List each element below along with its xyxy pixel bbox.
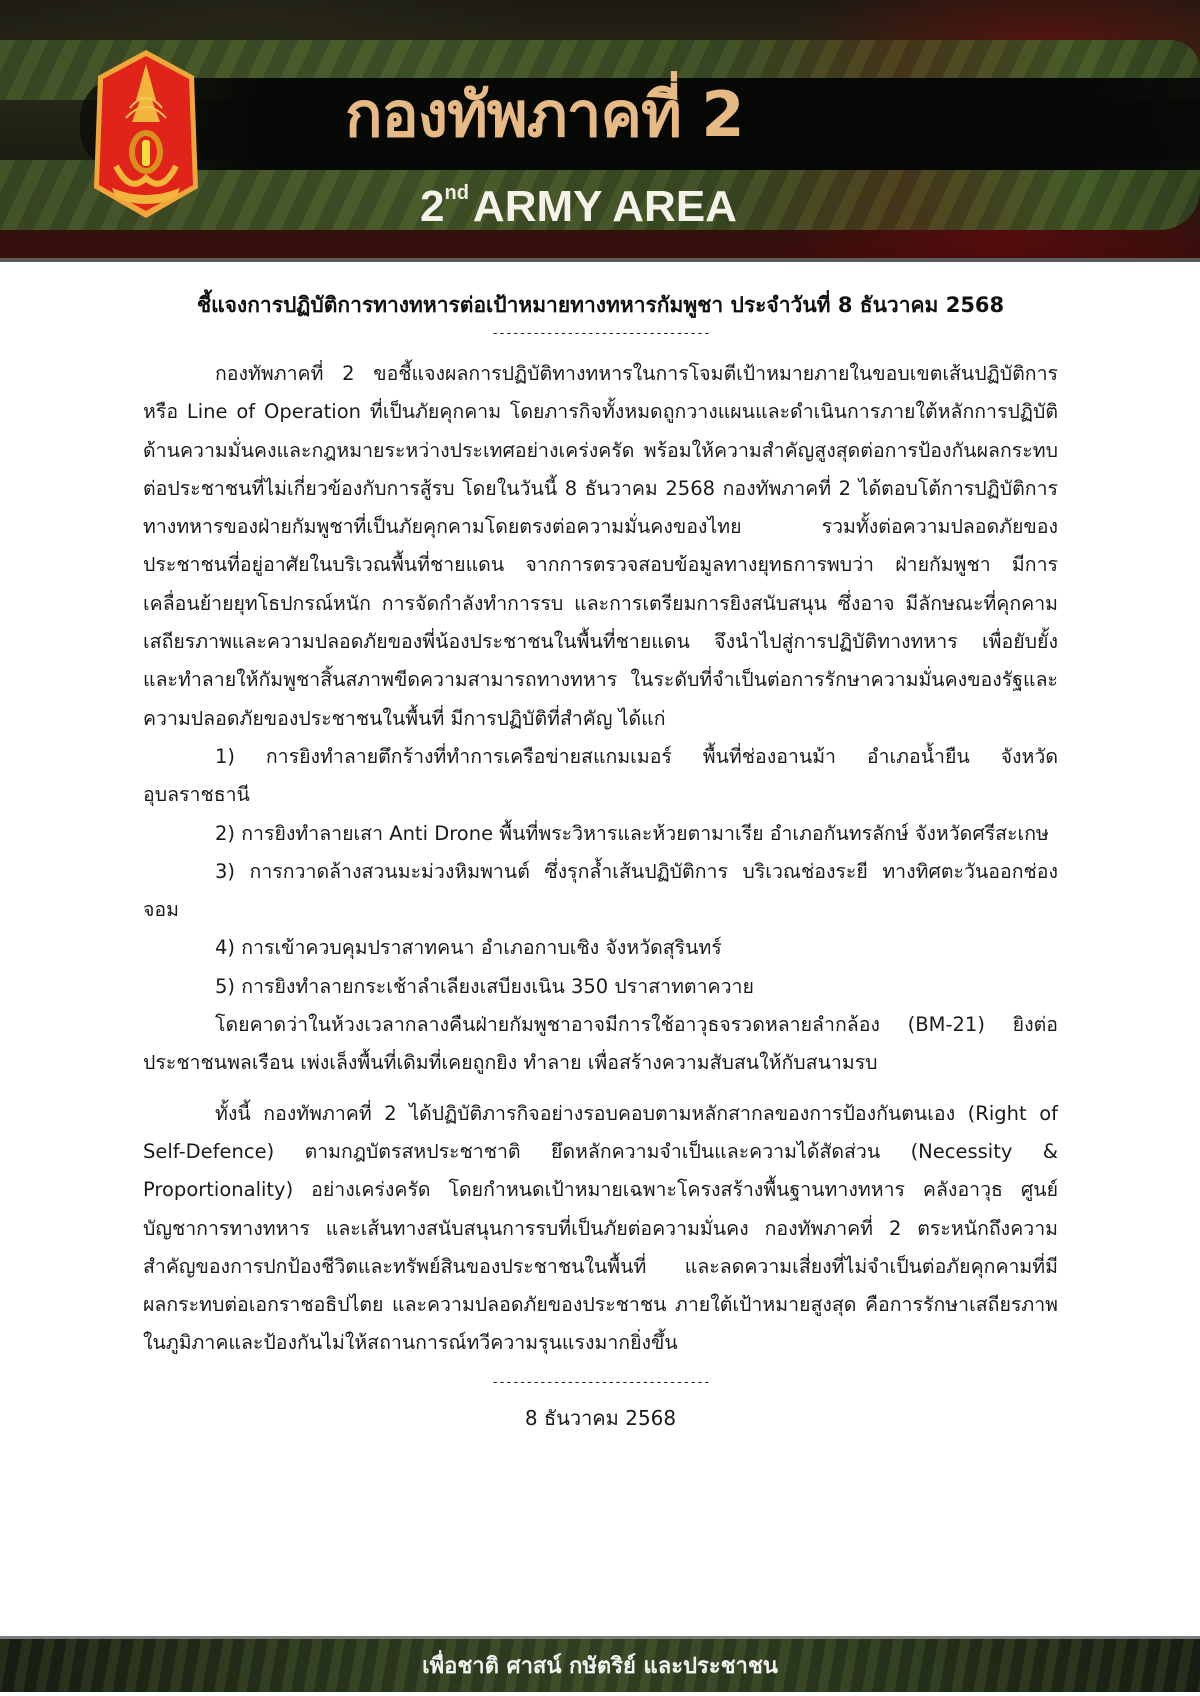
closing-paragraph: ทั้งนี้ กองทัพภาคที่ 2 ได้ปฏิบัติภารกิจอ… bbox=[143, 1095, 1058, 1363]
statement-body: กองทัพภาคที่ 2 ขอชี้แจงผลการปฏิบัติทางทห… bbox=[143, 355, 1058, 1363]
banner-title-english: 2ndARMY AREA bbox=[420, 165, 820, 235]
operation-item-5: 5) การยิงทำลายกระเช้าลำเลียงเสบียงเนิน 3… bbox=[143, 968, 1058, 1006]
title-divider: -------------------------------- bbox=[143, 326, 1058, 342]
statement-title: ชี้แจงการปฏิบัติการทางทหารต่อเป้าหมายทาง… bbox=[143, 288, 1058, 322]
footer-banner: เพื่อชาติ ศาสน์ กษัตริย์ และประชาชน bbox=[0, 1636, 1200, 1692]
closing-divider: -------------------------------- bbox=[143, 1375, 1058, 1391]
title-en-ordinal-suffix: nd bbox=[444, 182, 468, 204]
banner-bottom-rule bbox=[0, 258, 1200, 262]
banner-title-thai: กองทัพภาคที่ 2 bbox=[345, 75, 865, 155]
title-en-number: 2 bbox=[420, 182, 444, 231]
intro-paragraph: กองทัพภาคที่ 2 ขอชี้แจงผลการปฏิบัติทางทห… bbox=[143, 355, 1058, 738]
army-emblem-icon bbox=[90, 48, 202, 220]
statement-document: ชี้แจงการปฏิบัติการทางทหารต่อเป้าหมายทาง… bbox=[143, 288, 1058, 1435]
operation-item-1: 1) การยิงทำลายตึกร้างที่ทำการเครือข่ายสแ… bbox=[143, 738, 1058, 815]
operation-item-2: 2) การยิงทำลายเสา Anti Drone พื้นที่พระว… bbox=[143, 815, 1058, 853]
statement-date: 8 ธันวาคม 2568 bbox=[143, 1401, 1058, 1435]
operation-item-4: 4) การเข้าควบคุมปราสาทคนา อำเภอกาบเชิง จ… bbox=[143, 929, 1058, 967]
operation-item-3: 3) การกวาดล้างสวนมะม่วงหิมพานต์ ซึ่งรุกล… bbox=[143, 853, 1058, 930]
expectation-paragraph: โดยคาดว่าในห้วงเวลากลางคืนฝ่ายกัมพูชาอาจ… bbox=[143, 1006, 1058, 1083]
header-banner: กองทัพภาคที่ 2 2ndARMY AREA bbox=[0, 0, 1200, 262]
title-en-rest: ARMY AREA bbox=[473, 182, 737, 231]
footer-motto: เพื่อชาติ ศาสน์ กษัตริย์ และประชาชน bbox=[0, 1639, 1200, 1695]
